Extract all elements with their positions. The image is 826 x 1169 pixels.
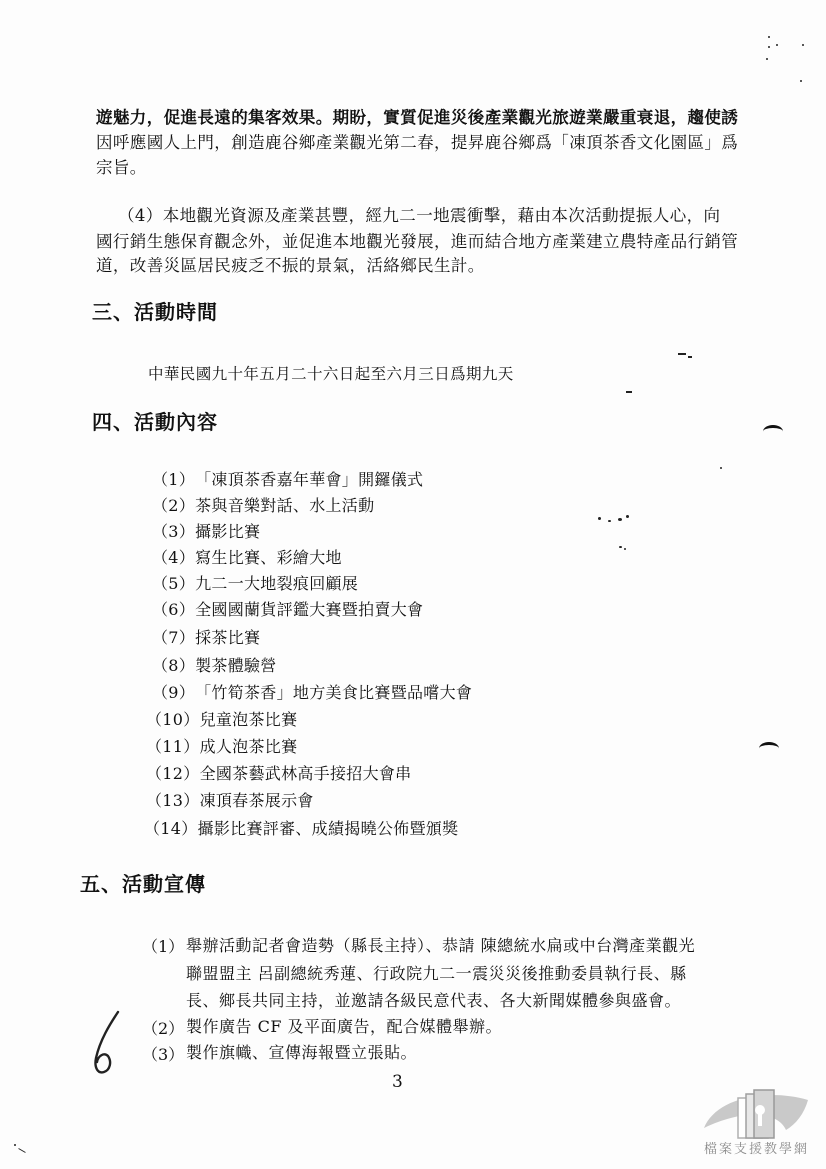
speck: [766, 58, 768, 60]
page-number: 3: [392, 1072, 403, 1092]
speck: [608, 520, 611, 522]
speck: [802, 44, 804, 46]
section-5-title: 五、活動宣傳: [80, 872, 206, 896]
paragraph-line: 遊魅力，促進長遠的集客效果。期盼，實質促進災後產業觀光旅遊業嚴重衰退，趨使誘: [96, 108, 738, 128]
margin-arc-mark: [759, 742, 779, 755]
paragraph-line: 國行銷生態保育觀念外，並促進本地觀光發展，進而結合地方產業建立農特產品行銷管: [96, 232, 738, 252]
speck: [598, 517, 601, 520]
activity-item: （5）九二一大地裂痕回顧展: [152, 574, 358, 594]
activity-item: （14）攝影比賽評審、成績揭曉公佈暨頒獎: [144, 819, 458, 839]
activity-item: （1）「凍頂茶香嘉年華會」開鑼儀式: [152, 470, 423, 490]
watermark-text: 檔案支援教學網: [704, 1138, 809, 1157]
paragraph-line: 宗旨。: [96, 158, 147, 178]
margin-arc-mark: [763, 425, 783, 438]
paragraph-line: 道，改善災區居民疲乏不振的景氣，活絡鄉民生計。: [96, 256, 485, 276]
activity-item: （2）茶與音樂對話、水上活動: [152, 496, 374, 516]
speck: [678, 353, 686, 355]
activity-item: （3）攝影比賽: [152, 522, 260, 542]
speck: [688, 356, 692, 358]
speck: [800, 80, 802, 82]
handwritten-page-mark: [88, 1008, 128, 1078]
activity-item: （10）兒童泡茶比賽: [146, 710, 297, 730]
speck: [768, 36, 770, 38]
speck: [626, 391, 632, 393]
paragraph-line: （4）本地觀光資源及產業甚豐，經九二一地震衝擊，藉由本次活動提振人心，向: [118, 206, 720, 226]
speck: [720, 467, 722, 469]
speck: [624, 548, 626, 550]
speck: [18, 1148, 25, 1153]
speck: [618, 518, 622, 521]
speck: [14, 1144, 16, 1146]
activity-item: （6）全國國蘭貨評鑑大賽暨拍賣大會: [152, 600, 423, 620]
activity-item: （4）寫生比賽、彩繪大地: [152, 548, 342, 568]
section-4-title: 四、活動內容: [92, 410, 218, 434]
activity-item: （7）採茶比賽: [152, 628, 260, 648]
speck: [619, 546, 622, 548]
activity-item: （9）「竹筍茶香」地方美食比賽暨品嚐大會: [152, 683, 472, 703]
activity-item: （11）成人泡茶比賽: [146, 737, 297, 757]
event-dates: 中華民國九十年五月二十六日起至六月三日爲期九天: [148, 364, 514, 384]
document-page: 遊魅力，促進長遠的集客效果。期盼，實質促進災後產業觀光旅遊業嚴重衰退，趨使誘 因…: [0, 0, 826, 1169]
activity-item: （13）凍頂春茶展示會: [146, 791, 314, 811]
activity-item: （12）全國茶藝武林高手接招大會串: [146, 764, 411, 784]
section-3-title: 三、活動時間: [92, 300, 218, 324]
activity-item: （8）製茶體驗營: [152, 656, 277, 676]
speck: [776, 44, 778, 46]
speck: [768, 46, 770, 48]
speck: [626, 515, 629, 518]
paragraph-line: 因呼應國人上門，創造鹿谷鄉產業觀光第二春，提昇鹿谷鄉爲「凍頂茶香文化園區」爲: [96, 133, 738, 153]
